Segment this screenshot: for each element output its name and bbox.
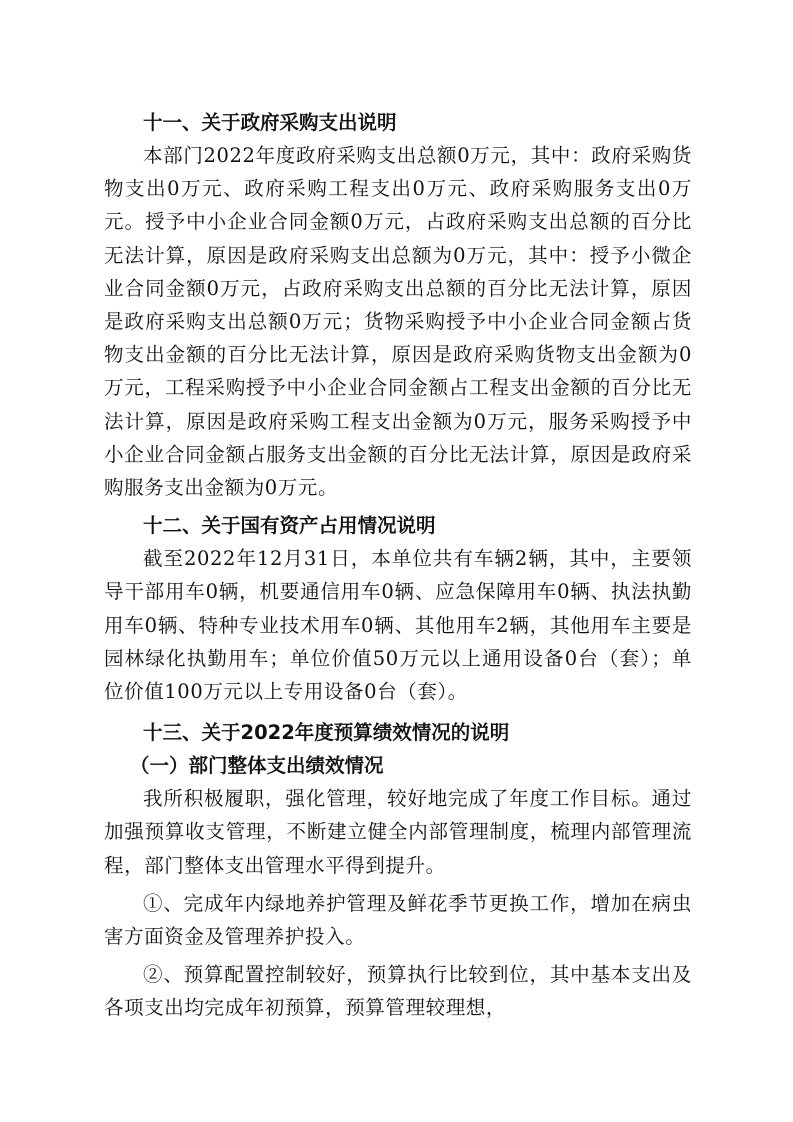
paragraph-item-2-budget-control: ②、预算配置控制较好，预算执行比较到位，其中基本支出及各项支出均完成年初预算，预… xyxy=(104,958,692,1024)
subheading-overall-expenditure-performance: （一）部门整体支出绩效情况 xyxy=(104,749,692,782)
paragraph-state-assets: 截至2022年12月31日，本单位共有车辆2辆，其中，主要领导干部用车0辆，机要… xyxy=(104,542,692,708)
section-heading-budget-performance: 十三、关于2022年度预算绩效情况的说明 xyxy=(104,716,692,749)
paragraph-government-procurement: 本部门2022年度政府采购支出总额0万元，其中：政府采购货物支出0万元、政府采购… xyxy=(104,139,692,504)
section-heading-state-assets: 十二、关于国有资产占用情况说明 xyxy=(104,509,692,542)
section-heading-government-procurement: 十一、关于政府采购支出说明 xyxy=(104,106,692,139)
paragraph-item-1-greenland-maintenance: ①、完成年内绿地养护管理及鲜花季节更换工作，增加在病虫害方面资金及管理养护投入。 xyxy=(104,887,692,953)
document-page: 十一、关于政府采购支出说明 本部门2022年度政府采购支出总额0万元，其中：政府… xyxy=(104,106,692,1025)
paragraph-performance-summary: 我所积极履职，强化管理，较好地完成了年度工作目标。通过加强预算收支管理，不断建立… xyxy=(104,782,692,882)
